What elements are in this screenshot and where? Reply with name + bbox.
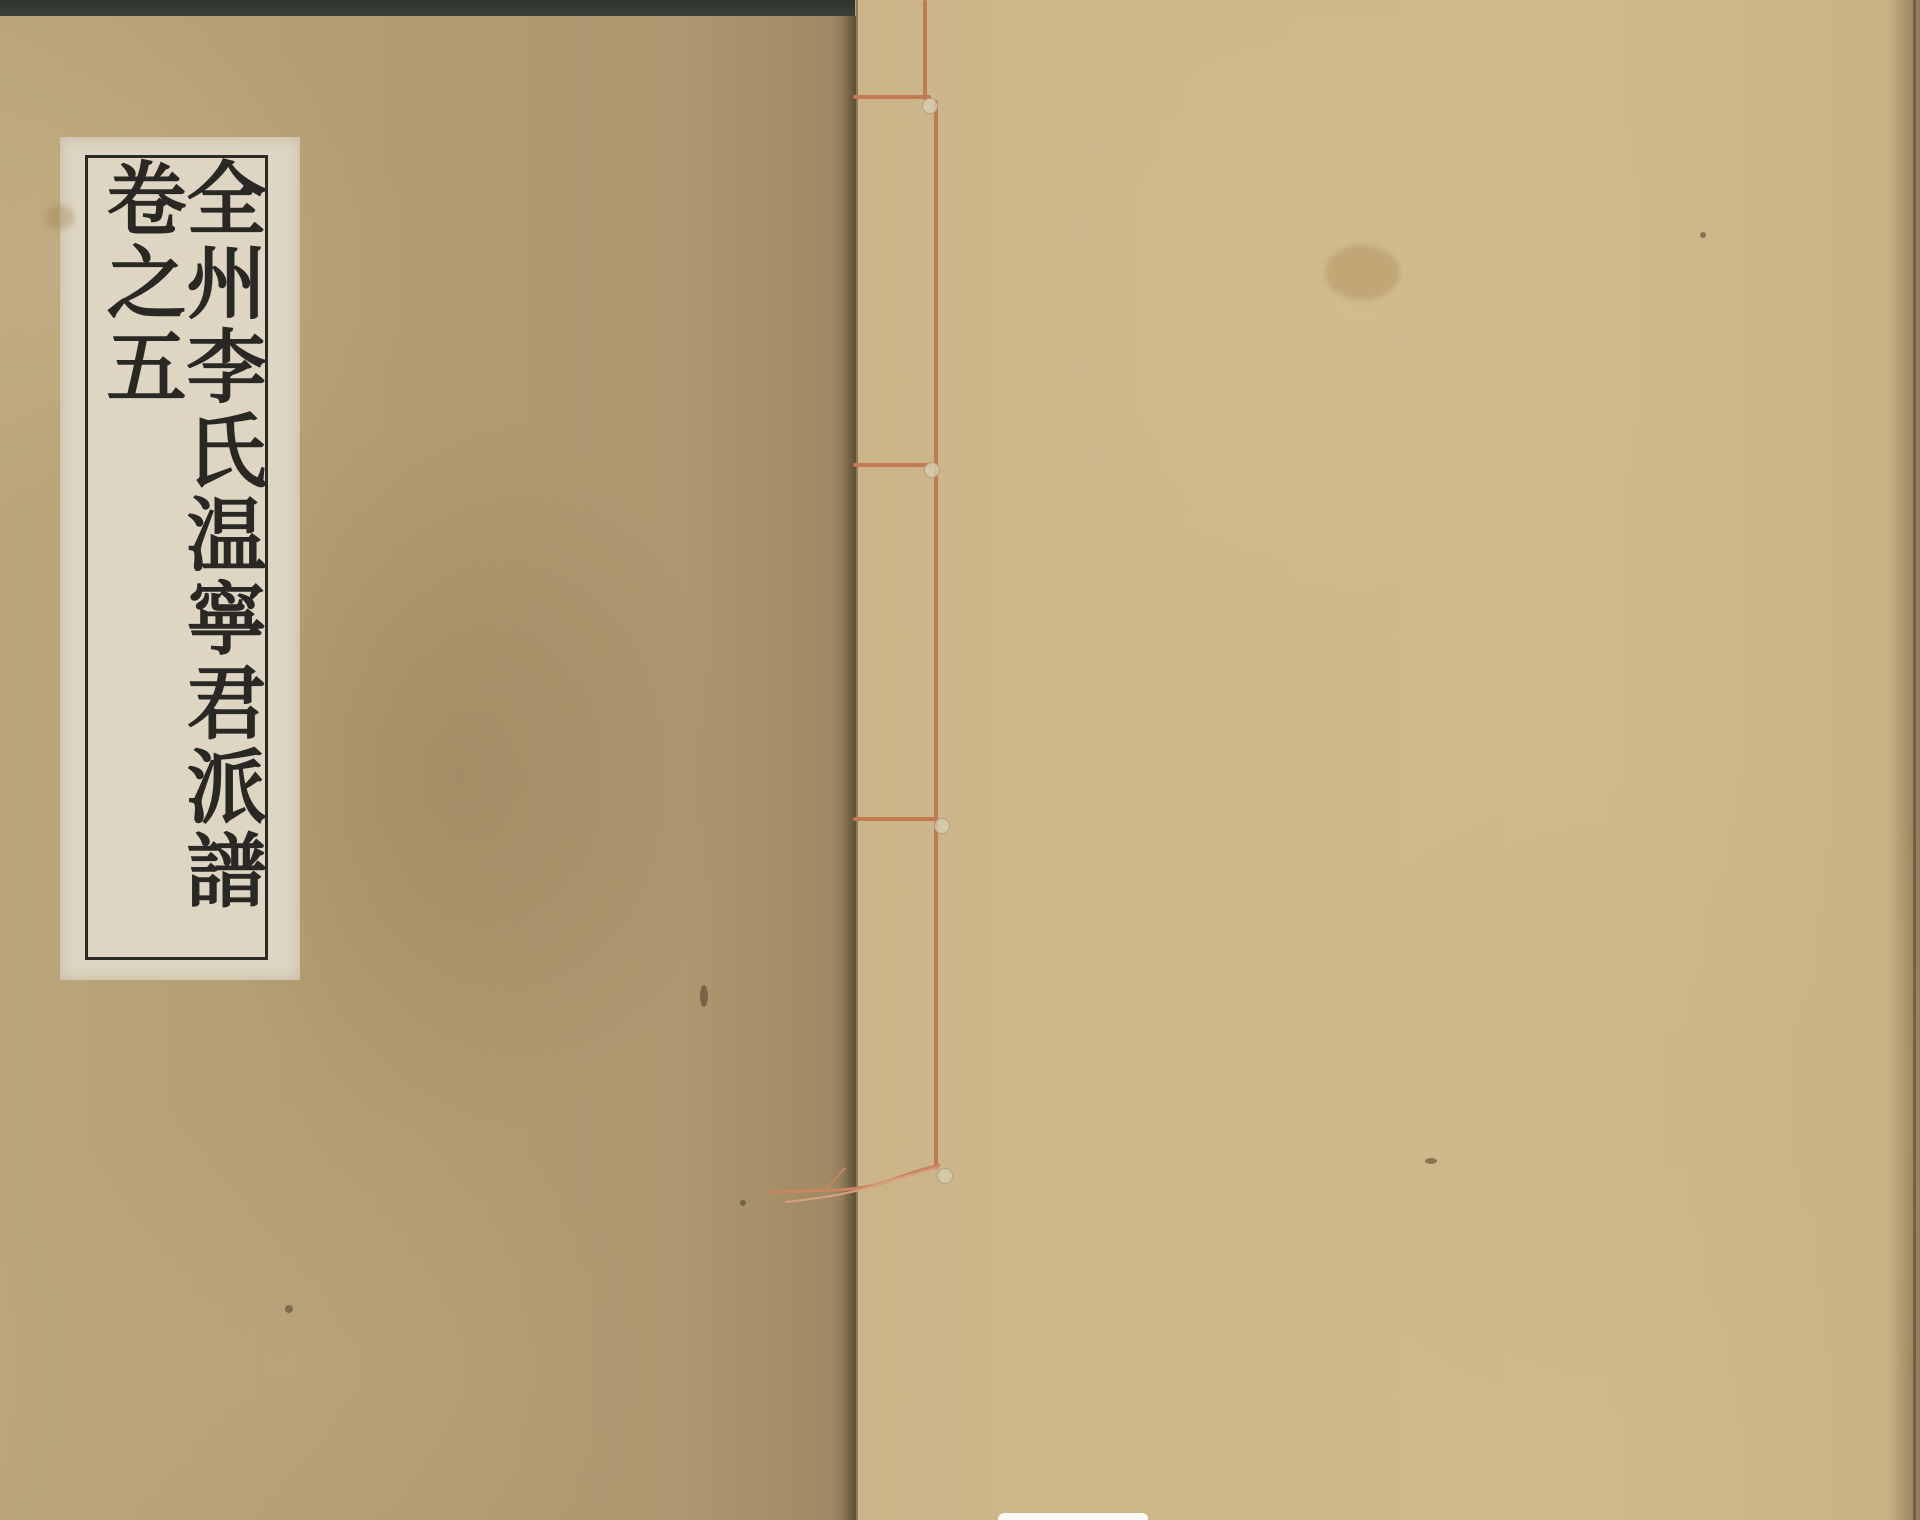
spot: [1700, 232, 1706, 238]
binding-hole-1: [922, 98, 938, 114]
spot: [700, 985, 708, 1007]
stain: [45, 205, 75, 230]
spot: [1425, 1158, 1437, 1164]
binding-stitch-3: [853, 817, 937, 821]
binding-hole-2: [924, 462, 940, 478]
bottom-tab: [998, 1513, 1148, 1520]
stain: [1325, 245, 1400, 300]
title-slip: 全州李氏温寧君派譜卷之五: [60, 137, 300, 980]
spot: [285, 1305, 293, 1313]
binding-thread-vertical: [934, 100, 938, 1170]
binding-thread-vertical-top: [923, 0, 927, 100]
scanner-top-strip: [0, 0, 855, 16]
binding-stitch-2: [853, 463, 933, 467]
cover-edge-shadow: [842, 16, 856, 1520]
binding-stitch-1: [853, 95, 931, 99]
back-page: [856, 0, 1920, 1520]
page-edge: [1913, 0, 1916, 1520]
spine-fold: [856, 0, 858, 1520]
book-title: 全州李氏温寧君派譜卷之五: [60, 157, 300, 927]
binding-hole-3: [934, 818, 950, 834]
loose-thread-end: [765, 1160, 945, 1205]
spot: [740, 1200, 746, 1206]
